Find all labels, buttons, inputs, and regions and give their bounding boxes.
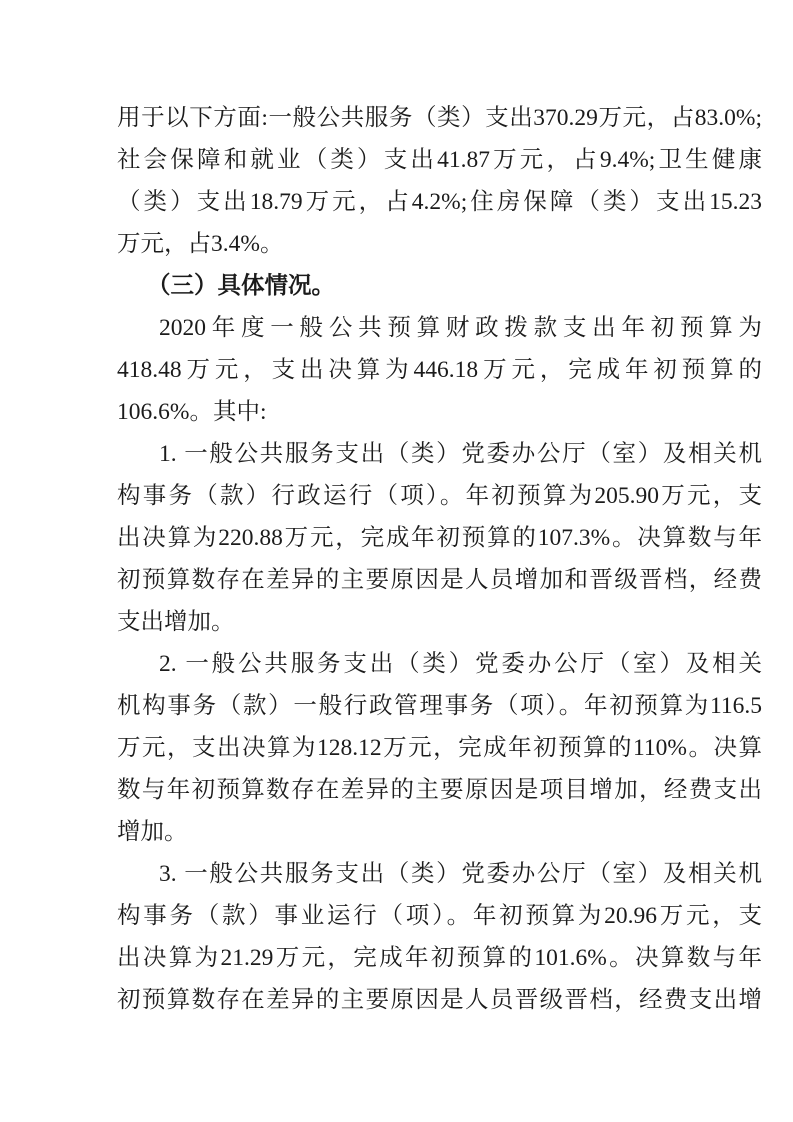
section-heading: （三）具体情况。 (117, 265, 762, 307)
paragraph-line: 出决算为220.88万元，完成年初预算的107.3%。决算数与年 (117, 517, 762, 559)
paragraph-line: 机构事务（款）一般行政管理事务（项）。年初预算为116.5 (117, 685, 762, 727)
numbered-item-3: 3. 一般公共服务支出（类）党委办公厅（室）及相关机 构事务（款）事业运行（项）… (117, 853, 762, 1021)
paragraph-line: 社会保障和就业（类）支出41.87万元，占9.4%;卫生健康 (117, 139, 762, 181)
paragraph-line: 初预算数存在差异的主要原因是人员增加和晋级晋档，经费 (117, 559, 762, 601)
paragraph-line: 2. 一般公共服务支出（类）党委办公厅（室）及相关 (117, 643, 762, 685)
paragraph-line: 万元，占3.4%。 (117, 223, 762, 265)
paragraph-line: 构事务（款）行政运行（项）。年初预算为205.90万元，支 (117, 475, 762, 517)
paragraph-line: 增加。 (117, 811, 762, 853)
paragraph-line: 数与年初预算数存在差异的主要原因是项目增加，经费支出 (117, 769, 762, 811)
paragraph-line: （类）支出18.79万元，占4.2%;住房保障（类）支出15.23 (117, 181, 762, 223)
numbered-item-1: 1. 一般公共服务支出（类）党委办公厅（室）及相关机 构事务（款）行政运行（项）… (117, 433, 762, 643)
paragraph-line: 构事务（款）事业运行（项）。年初预算为20.96万元，支 (117, 895, 762, 937)
paragraph-line: 用于以下方面:一般公共服务（类）支出370.29万元，占83.0%; (117, 97, 762, 139)
paragraph-line: 106.6%。其中: (117, 391, 762, 433)
paragraph-line: 出决算为21.29万元，完成年初预算的101.6%。决算数与年 (117, 937, 762, 979)
paragraph-continuation: 用于以下方面:一般公共服务（类）支出370.29万元，占83.0%; 社会保障和… (117, 97, 762, 265)
document-page: 用于以下方面:一般公共服务（类）支出370.29万元，占83.0%; 社会保障和… (0, 0, 793, 1122)
paragraph-line: 418.48万元，支出决算为446.18万元，完成年初预算的 (117, 349, 762, 391)
paragraph-line: 初预算数存在差异的主要原因是人员晋级晋档，经费支出增 (117, 979, 762, 1021)
paragraph-line: 万元，支出决算为128.12万元，完成年初预算的110%。决算 (117, 727, 762, 769)
paragraph-line: 3. 一般公共服务支出（类）党委办公厅（室）及相关机 (117, 853, 762, 895)
paragraph-overview: 2020年度一般公共预算财政拨款支出年初预算为 418.48万元，支出决算为44… (117, 307, 762, 433)
paragraph-line: 支出增加。 (117, 601, 762, 643)
paragraph-line: 2020年度一般公共预算财政拨款支出年初预算为 (117, 307, 762, 349)
section-heading-text: （三）具体情况。 (117, 265, 762, 307)
numbered-item-2: 2. 一般公共服务支出（类）党委办公厅（室）及相关 机构事务（款）一般行政管理事… (117, 643, 762, 853)
paragraph-line: 1. 一般公共服务支出（类）党委办公厅（室）及相关机 (117, 433, 762, 475)
